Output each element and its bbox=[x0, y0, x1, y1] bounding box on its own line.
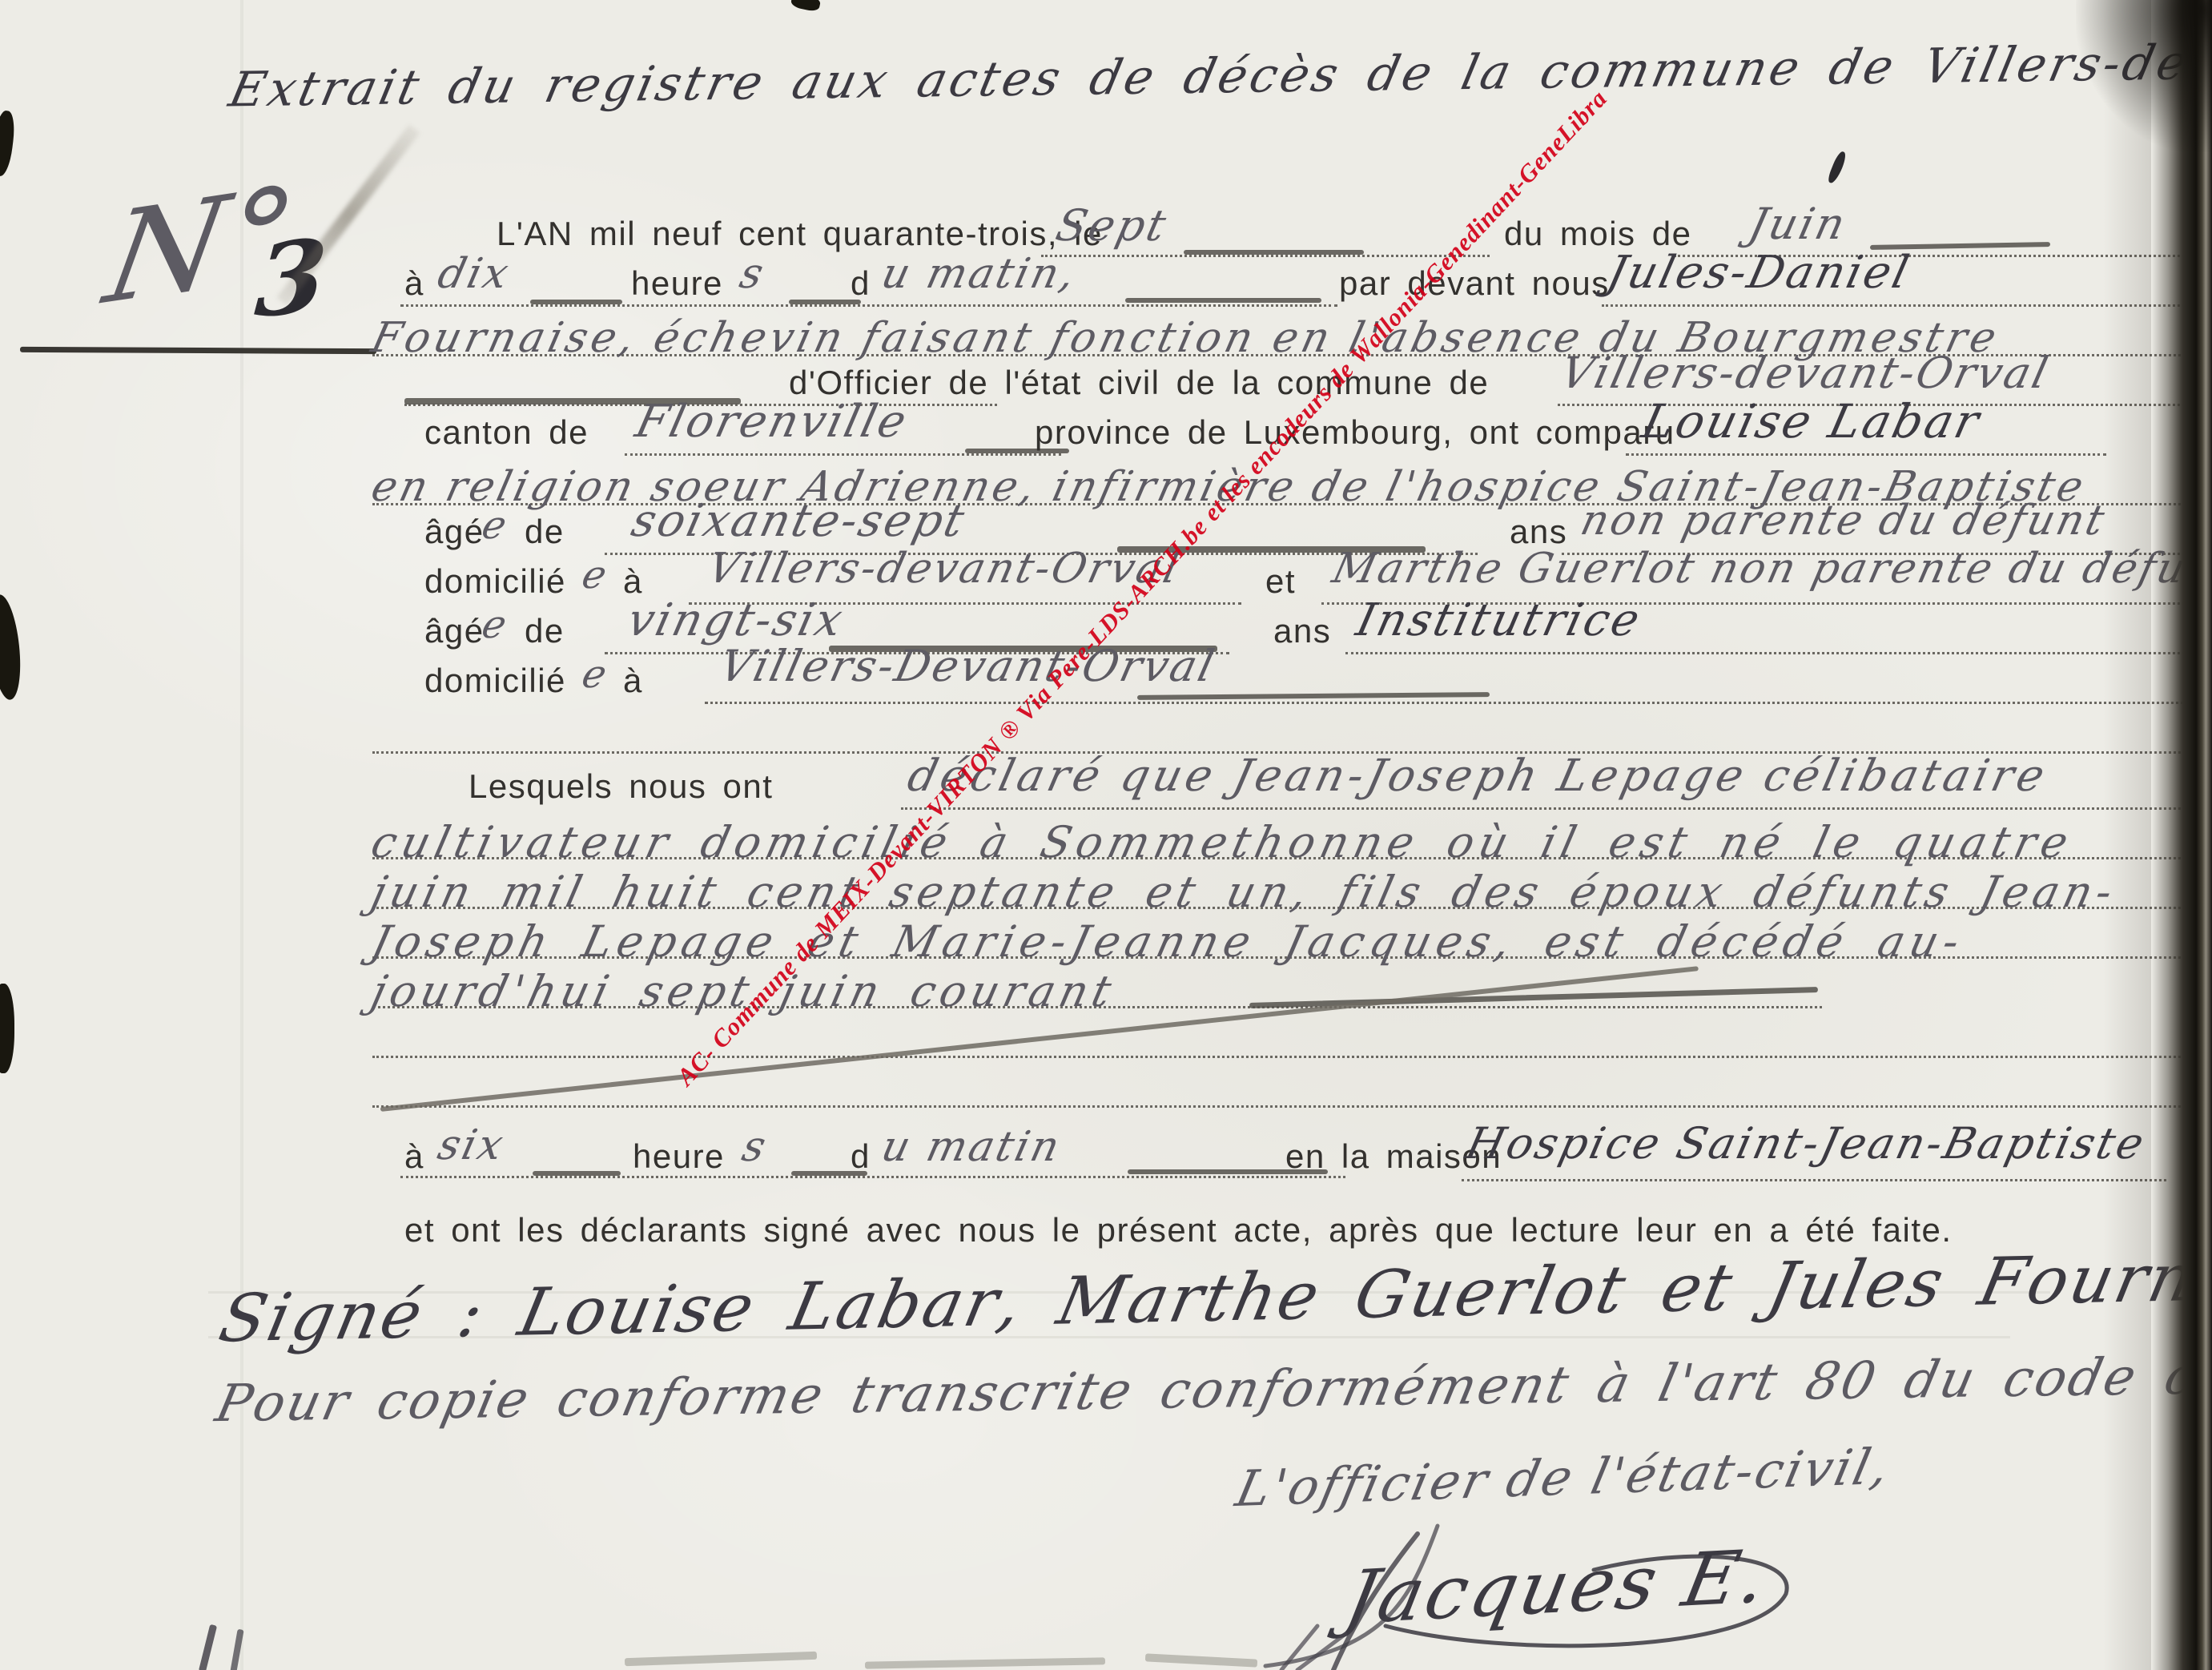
fill-line bbox=[1462, 1179, 2166, 1181]
scan-corner-smudge bbox=[2076, 0, 2212, 152]
act-number-underline bbox=[20, 347, 376, 354]
handwritten-entry: six bbox=[433, 1121, 510, 1169]
handwritten-entry: juin mil huit cent septante et un, fils … bbox=[367, 867, 2122, 917]
printed-label: heure bbox=[633, 1137, 725, 1176]
pen-stroke bbox=[1125, 298, 1321, 303]
handwritten-entry: Villers-devant-Orval bbox=[1556, 348, 2055, 398]
pen-stroke bbox=[1184, 250, 1364, 255]
scan-edge-blob bbox=[0, 984, 14, 1073]
scan-edge-blob bbox=[0, 593, 25, 701]
signature-flourish bbox=[1145, 1506, 1986, 1670]
fill-line bbox=[901, 807, 2194, 810]
handwritten-entry: vingt-six bbox=[622, 594, 849, 646]
pen-stroke bbox=[530, 300, 622, 304]
fill-line bbox=[372, 1105, 2194, 1108]
printed-label: ans bbox=[1273, 612, 1331, 650]
scan-edge-blob bbox=[0, 110, 17, 177]
printed-label: L'AN mil neuf cent quarante-trois, le bbox=[497, 215, 1103, 253]
header-extract-line: Extrait du registre aux actes de décès d… bbox=[224, 30, 2212, 118]
printed-label: province de Luxembourg, ont comparu bbox=[1035, 413, 1675, 452]
handwritten-entry: s bbox=[735, 250, 770, 298]
fill-line bbox=[1626, 453, 2106, 456]
printed-label: d bbox=[851, 264, 871, 303]
handwritten-entry: e bbox=[478, 602, 513, 647]
printed-label: à bbox=[404, 1137, 424, 1176]
fill-line bbox=[400, 1176, 1345, 1178]
printed-label: et ont les déclarants signé avec nous le… bbox=[404, 1211, 1953, 1249]
scan-edge-band bbox=[2151, 0, 2212, 1670]
handwritten-entry: Villers-devant-Orval bbox=[703, 545, 1185, 593]
printed-label: domicilié bbox=[424, 562, 566, 601]
printed-label: d bbox=[851, 1137, 871, 1176]
handwritten-entry: Joseph Lepage et Marie-Jeanne Jacques, e… bbox=[367, 916, 1970, 967]
printed-label: à bbox=[404, 264, 424, 303]
handwritten-entry: Institutrice bbox=[1351, 594, 1647, 646]
fill-line bbox=[1041, 255, 1490, 257]
pen-stroke bbox=[1137, 692, 1490, 700]
printed-label: à bbox=[623, 662, 643, 700]
fill-line bbox=[400, 304, 1337, 307]
handwritten-entry: Marthe Guerlot non parente du défunt bbox=[1328, 545, 2212, 593]
printed-label: de bbox=[525, 612, 565, 650]
handwritten-entry: e bbox=[578, 652, 613, 697]
handwritten-entry: u matin, bbox=[877, 250, 1082, 298]
printed-label: et bbox=[1265, 562, 1296, 601]
handwritten-entry: e bbox=[578, 553, 613, 598]
handwritten-entry: s bbox=[738, 1123, 773, 1171]
fill-line bbox=[705, 702, 2194, 704]
printed-label: âgé bbox=[424, 513, 485, 551]
cutoff-writing-mark bbox=[865, 1657, 1105, 1668]
handwritten-entry: dix bbox=[433, 250, 515, 298]
handwritten-entry: Sept bbox=[1052, 200, 1173, 251]
handwritten-entry: Hospice Saint-Jean-Baptiste bbox=[1462, 1118, 2151, 1169]
cutoff-pen-stroke bbox=[199, 1624, 217, 1670]
fill-line bbox=[1345, 652, 2194, 654]
printed-label: de bbox=[525, 513, 565, 551]
printed-label: par devant nous bbox=[1339, 264, 1610, 303]
certified-copy-line: Pour copie conforme transcrite conformém… bbox=[211, 1346, 2212, 1434]
printed-label: domicilié bbox=[424, 662, 566, 700]
printed-label: Lesquels nous ont bbox=[469, 767, 773, 806]
handwritten-entry: déclaré que Jean-Joseph Lepage célibatai… bbox=[903, 750, 2053, 801]
fill-line bbox=[372, 1056, 2194, 1058]
handwritten-entry: Florenville bbox=[630, 396, 913, 448]
scan-edge-blob bbox=[790, 0, 822, 13]
printed-label: âgé bbox=[424, 612, 485, 650]
pen-stroke bbox=[533, 1171, 621, 1176]
printed-label: canton de bbox=[424, 413, 589, 452]
handwritten-entry: Jules-Daniel bbox=[1602, 247, 1916, 299]
handwritten-entry: u matin bbox=[877, 1123, 1066, 1171]
cutoff-writing-mark bbox=[625, 1652, 817, 1666]
handwritten-entry: Villers-Devant-Orval bbox=[715, 641, 1221, 691]
ink-blot bbox=[1827, 150, 1848, 184]
handwritten-entry: Juin bbox=[1744, 199, 1852, 249]
fill-line bbox=[625, 453, 1061, 456]
handwritten-entry: soixante-sept bbox=[626, 495, 971, 547]
handwritten-entry: cultivateur domicilié à Sommethonne où i… bbox=[367, 817, 2079, 867]
handwritten-entry: Louise Labar bbox=[1637, 394, 1986, 449]
printed-label: heure bbox=[631, 264, 723, 303]
scanned-death-record-page: Extrait du registre aux actes de décès d… bbox=[0, 0, 2212, 1670]
handwritten-entry: non parente du défunt bbox=[1576, 497, 2111, 545]
scan-edge-shadow bbox=[2103, 0, 2151, 1670]
signed-line: Signé : Louise Labar, Marthe Guerlot et … bbox=[213, 1237, 2212, 1357]
